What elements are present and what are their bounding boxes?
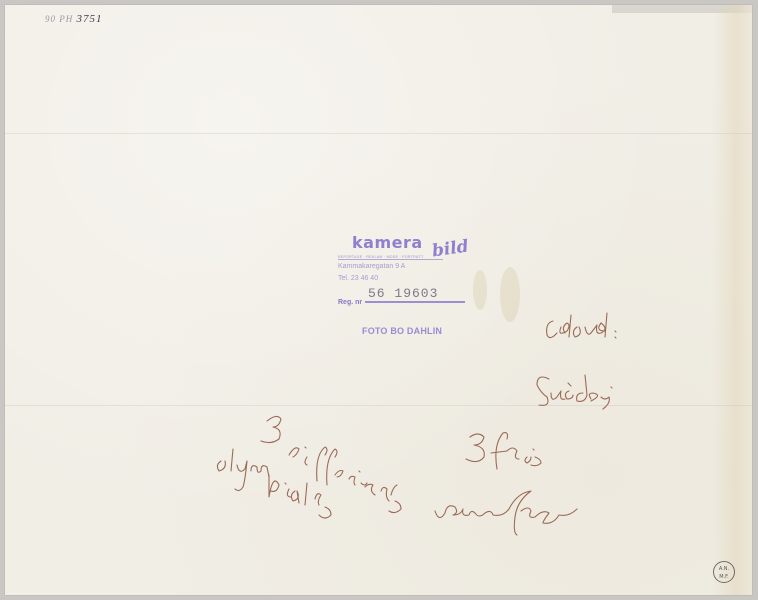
- foxing-stain: [500, 267, 520, 322]
- reg-label: Reg. nr: [338, 299, 362, 306]
- stamp-phone: Tel. 23 46 40: [338, 275, 378, 282]
- foxing-stain: [473, 270, 487, 310]
- museum-stamp-top: A.N.: [714, 565, 734, 573]
- archive-number-value: 3751: [77, 13, 103, 25]
- paper-crease: [5, 133, 752, 134]
- museum-stamp-bottom: M.F.: [714, 573, 734, 581]
- stamp-logo: kamera: [352, 233, 423, 252]
- studio-stamp: kamera bild REPORTAGE · REKLAM · MODE · …: [338, 233, 488, 343]
- edge-stain: [712, 5, 752, 595]
- photograph-verso: 90 PH 3751 kamera bild REPORTAGE · REKLA…: [5, 5, 752, 595]
- paper-crease: [5, 405, 752, 406]
- stamp-tagline: REPORTAGE · REKLAM · MODE · PORTRÄTT: [338, 255, 443, 260]
- archive-number: 90 PH 3751: [45, 13, 103, 25]
- archive-prefix: 90 PH: [45, 14, 73, 24]
- stamp-photographer: FOTO BO DAHLIN: [362, 326, 442, 336]
- reg-strike: [365, 301, 465, 303]
- stamp-address: Kammakaregatan 9 A: [338, 263, 405, 270]
- museum-collection-stamp: A.N. M.F.: [713, 561, 735, 583]
- stamp-registration-line: Reg. nr: [338, 299, 465, 306]
